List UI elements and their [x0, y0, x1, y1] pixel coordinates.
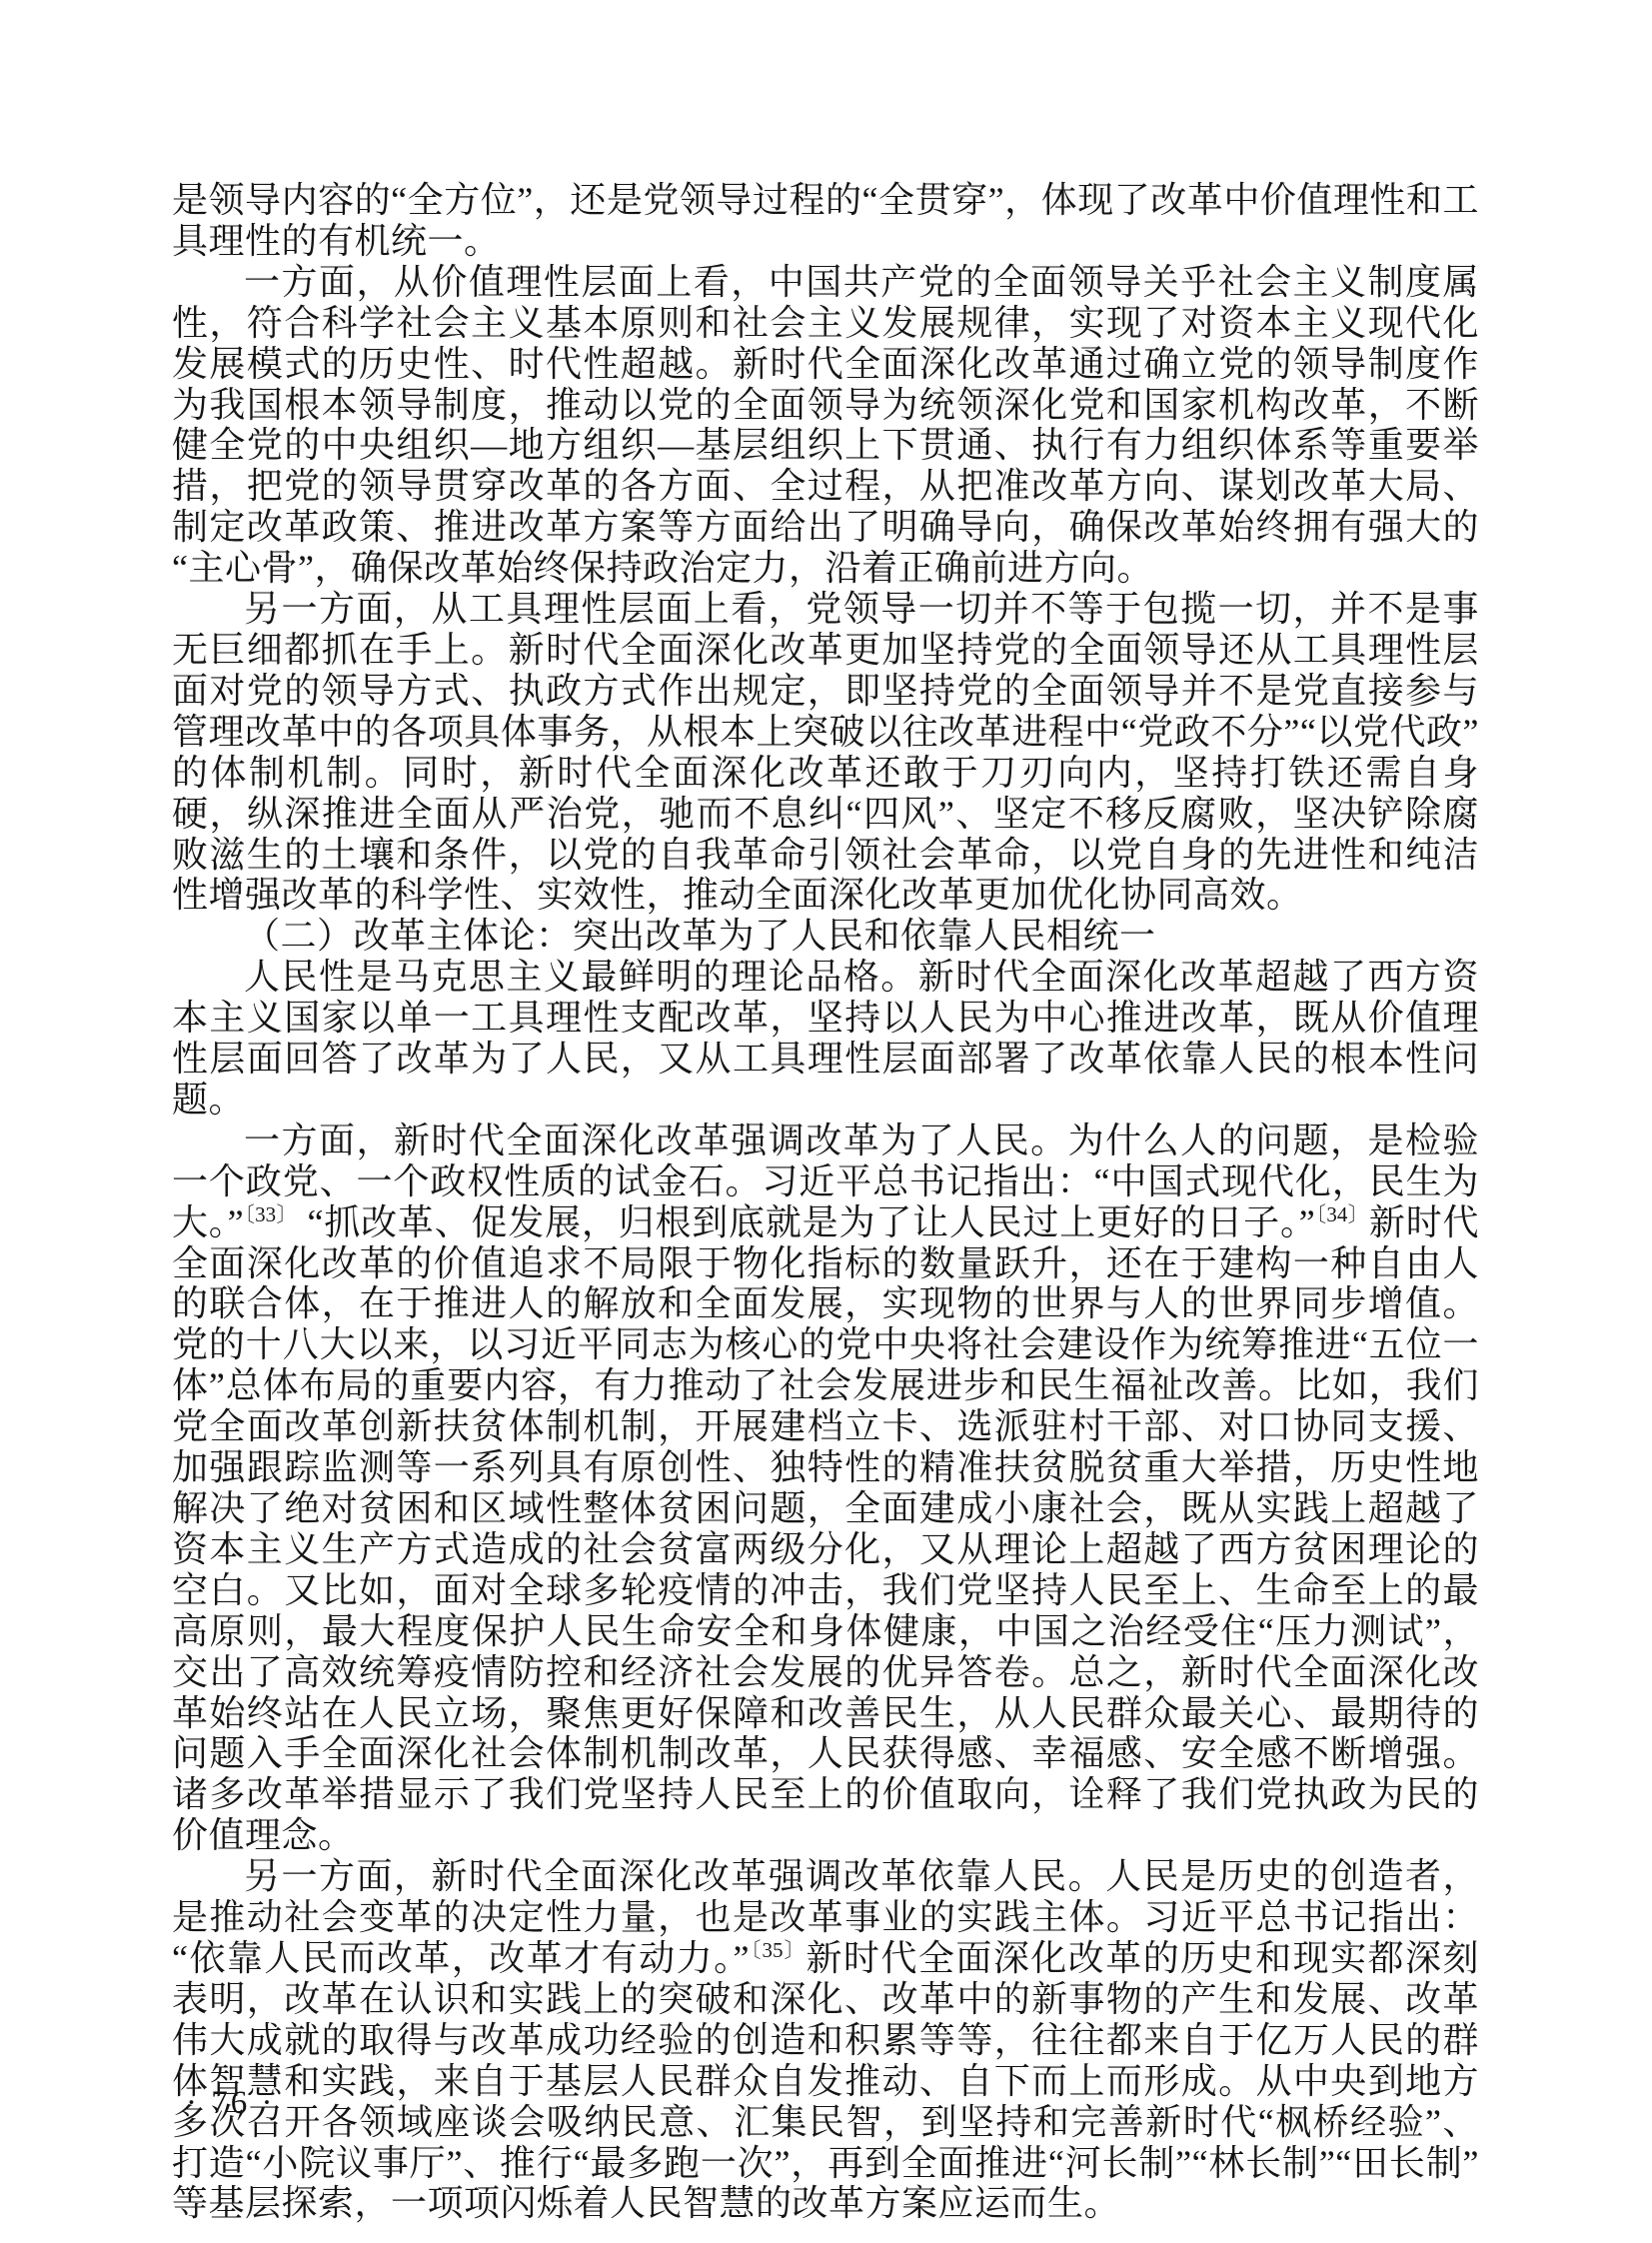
paragraph: 另一方面，新时代全面深化改革强调改革依靠人民。人民是历史的创造者，是推动社会变革…	[172, 1856, 1479, 2224]
footnote-reference: 〔34〕	[1315, 1202, 1369, 1226]
page-number: · 76 ·	[186, 2085, 275, 2122]
paper-page: 是领导内容的“全方位”，还是党领导过程的“全贯穿”，体现了改革中价值理性和工具理…	[0, 0, 1652, 2243]
article-body: 是领导内容的“全方位”，还是党领导过程的“全贯穿”，体现了改革中价值理性和工具理…	[172, 180, 1479, 2224]
footnote-reference: 〔35〕	[750, 1938, 806, 1962]
paragraph: 人民性是马克思主义最鲜明的理论品格。新时代全面深化改革超越了西方资本主义国家以单…	[172, 957, 1479, 1121]
footnote-reference: 〔33〕	[244, 1202, 298, 1226]
paragraph: 一方面，从价值理性层面上看，中国共产党的全面领导关乎社会主义制度属性，符合科学社…	[172, 262, 1479, 589]
paragraph: 一方面，新时代全面深化改革强调改革为了人民。为什么人的问题，是检验一个政党、一个…	[172, 1121, 1479, 1856]
section-heading: （二）改革主体论：突出改革为了人民和依靠人民相统一	[172, 916, 1479, 957]
paragraph: 另一方面，从工具理性层面上看，党领导一切并不等于包揽一切，并不是事无巨细都抓在手…	[172, 589, 1479, 916]
paragraph-continuation: 是领导内容的“全方位”，还是党领导过程的“全贯穿”，体现了改革中价值理性和工具理…	[172, 180, 1479, 262]
